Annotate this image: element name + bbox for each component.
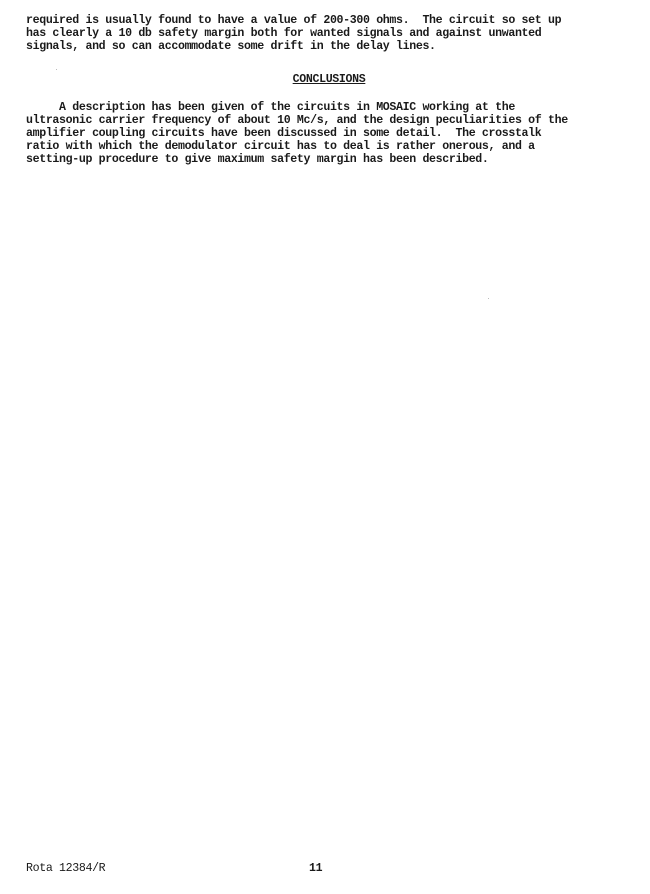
paragraph-2-line-2: ultrasonic carrier frequency of about 10… [26,114,568,127]
page-number: 11 [309,862,322,875]
paragraph-1-line-2: has clearly a 10 db safety margin both f… [26,27,541,40]
scan-speck [488,298,489,299]
document-reference: Rota 12384/R [26,862,105,875]
paragraph-2-line-5: setting-up procedure to give maximum saf… [26,153,489,166]
paragraph-2-line-1: A description has been given of the circ… [26,101,515,114]
paragraph-2-line-3: amplifier coupling circuits have been di… [26,127,541,140]
document-page: required is usually found to have a valu… [0,0,650,894]
paragraph-1-line-3: signals, and so can accommodate some dri… [26,40,436,53]
paragraph-1-line-1: required is usually found to have a valu… [26,14,561,27]
section-heading: CONCLUSIONS [0,73,650,86]
paragraph-2-line-4: ratio with which the demodulator circuit… [26,140,535,153]
scan-speck [56,69,57,70]
